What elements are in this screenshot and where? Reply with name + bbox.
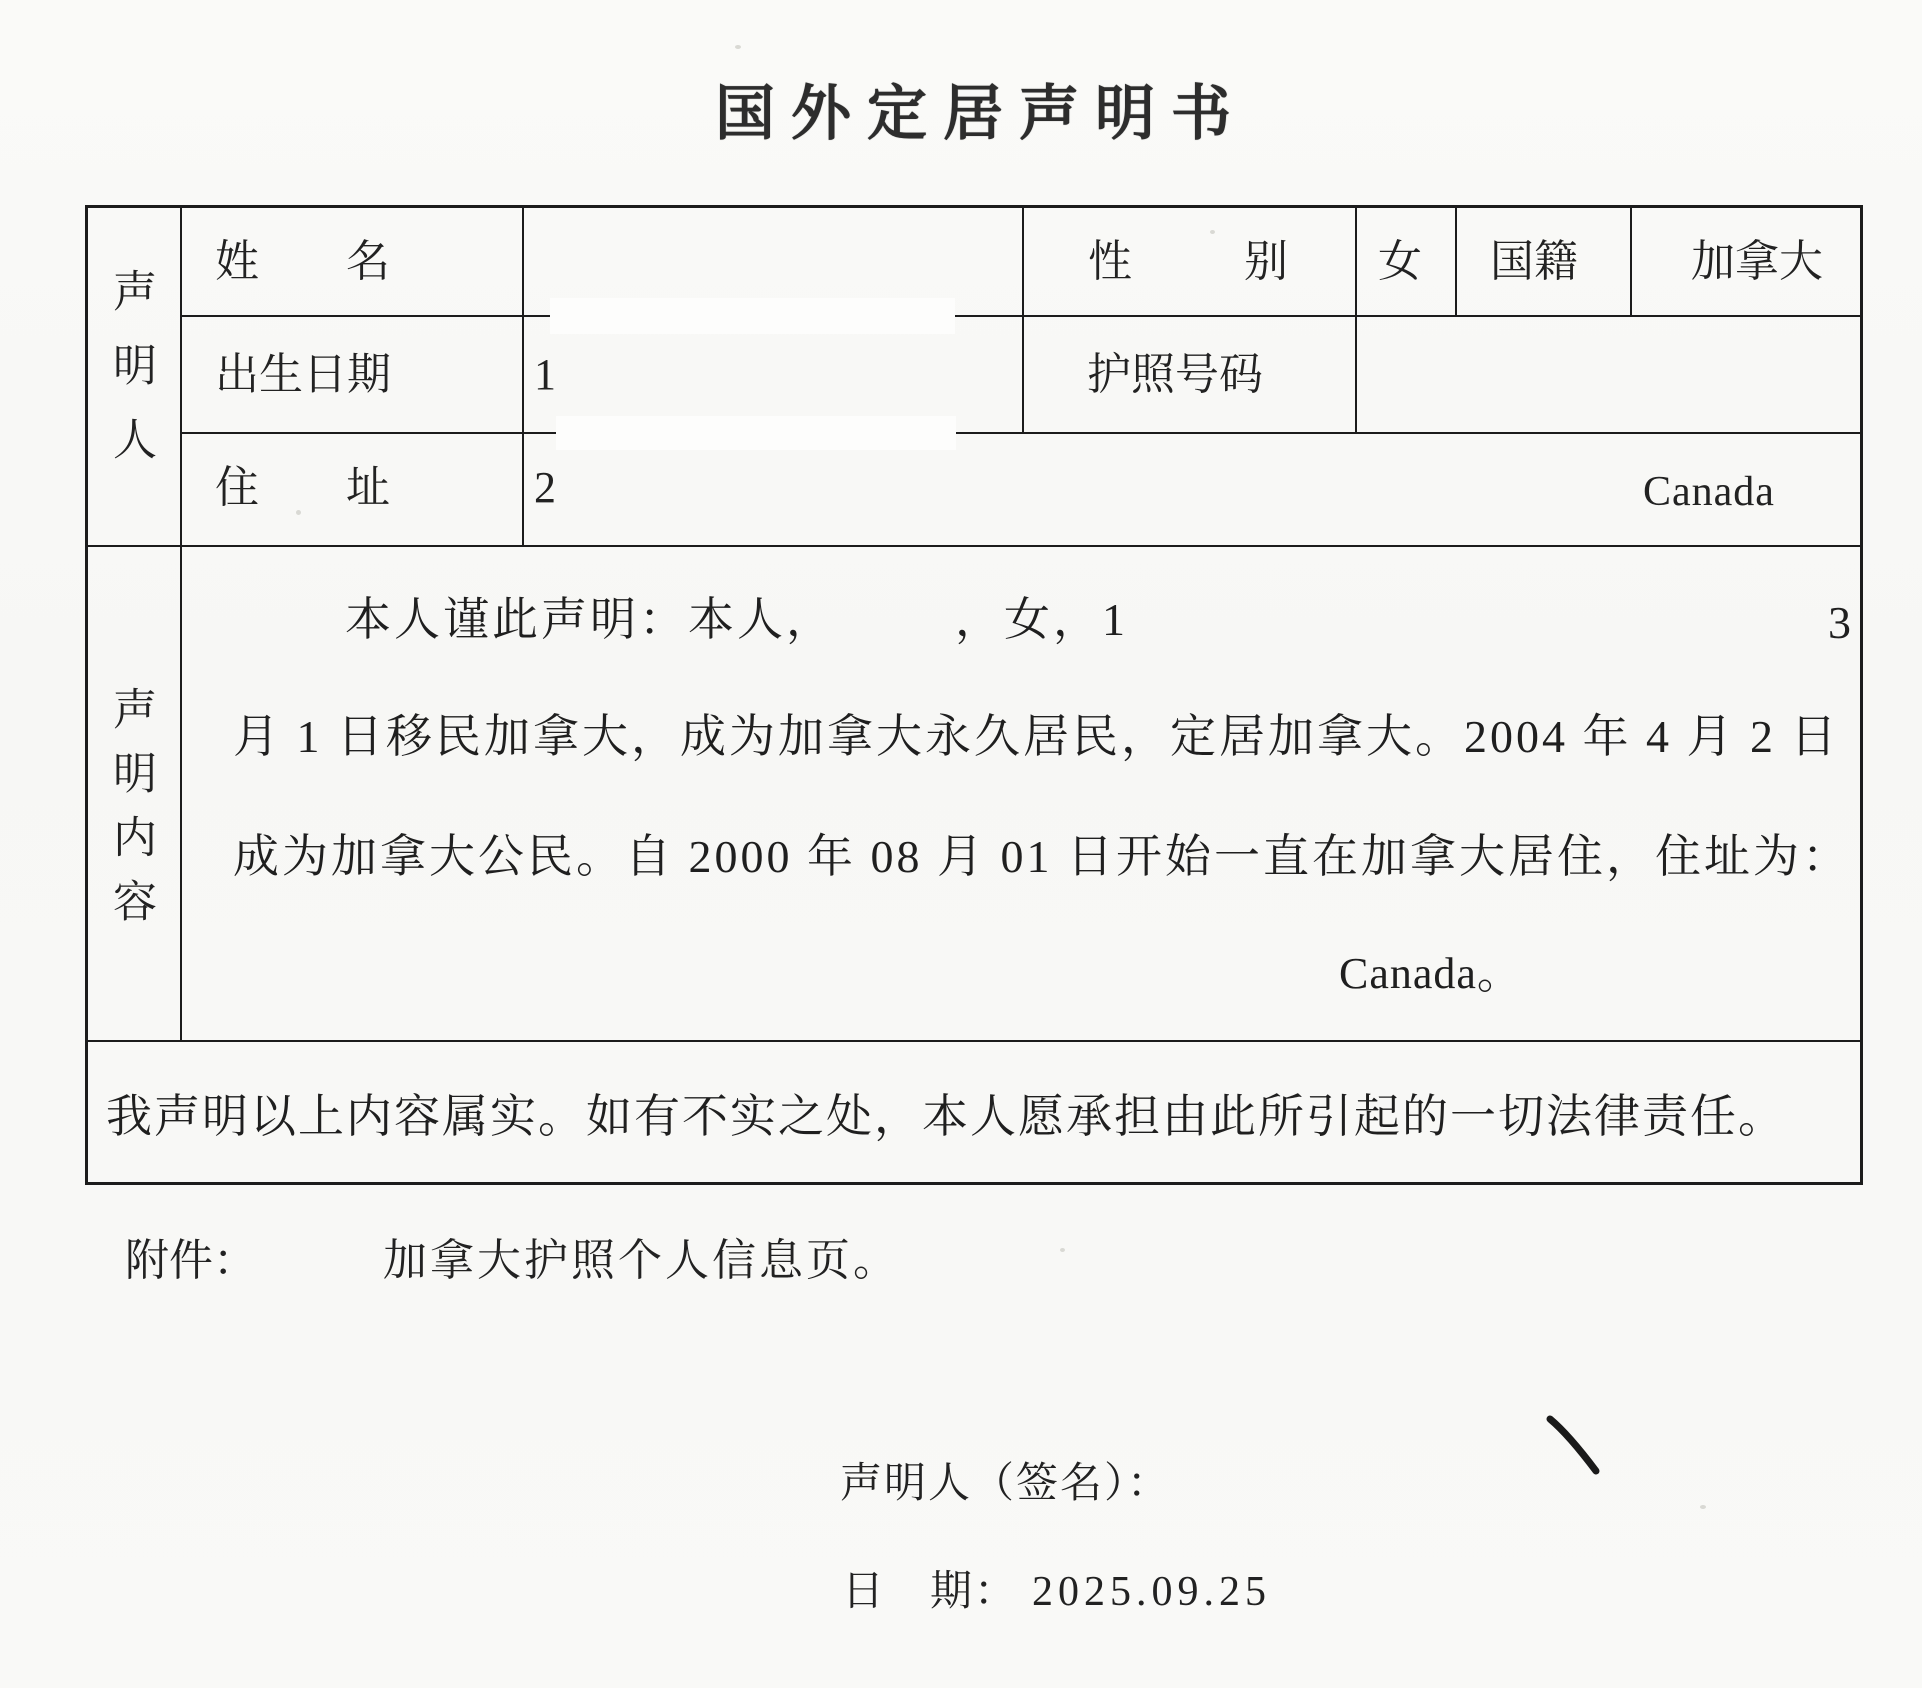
redaction-birth-value [556, 416, 956, 450]
scan-speck [1210, 230, 1215, 234]
address-label-text: 住址 [215, 463, 390, 514]
content-line1-part1: 本人谨此声明：本人， [345, 595, 835, 646]
scan-speck [1700, 1505, 1706, 1509]
signature-label: 声明人（签名）： [840, 1450, 1171, 1510]
attachment-value: 加拿大护照个人信息页。 [383, 1224, 900, 1288]
declarant-section-label: 声明人 [108, 268, 152, 490]
content-line3: 成为加拿大公民。自 2000 年 08 月 01 日开始一直在加拿大居住，住址为… [233, 832, 1851, 883]
scan-speck [735, 45, 741, 49]
birth-date-value: 1 [534, 350, 556, 401]
date-value: 2025.09.25 [1032, 1569, 1271, 1615]
scan-speck [296, 510, 301, 515]
declaration-form-table: 声明人 声明内容 姓名 性别 女 国籍 加拿大 出生日期 1 护照号码 住址 2… [85, 205, 1863, 1185]
address-label: 住址 [215, 463, 390, 514]
nationality-label: 国籍 [1490, 237, 1578, 288]
divider-row3-bottom [88, 545, 1860, 547]
gender-label-text: 性别 [1088, 237, 1288, 288]
divider-row2-bottom [180, 432, 1860, 434]
name-label: 姓名 [215, 237, 390, 288]
scanned-page-background: 国外定居声明书 声明人 声明内容 姓名 性别 女 国籍 加拿大 出生日期 1 护… [0, 0, 1922, 1688]
redaction-name-value [550, 298, 955, 334]
nationality-value: 加拿大 [1691, 237, 1823, 288]
content-line1-part2: ，女，1 [955, 595, 1128, 646]
divider-row1-bottom [180, 315, 1860, 317]
divider-declarant-column [180, 208, 182, 1040]
gender-label: 性别 [1088, 237, 1288, 288]
content-line1-part3: 3 [1828, 598, 1854, 649]
divider-nationality-label [1455, 208, 1457, 315]
address-value-start: 2 [534, 463, 556, 514]
divider-nationality-value [1630, 208, 1632, 315]
address-value-country: Canada [1643, 468, 1775, 516]
scan-speck [1060, 1248, 1065, 1252]
signature-stroke [1538, 1405, 1618, 1490]
content-line4: Canada。 [1339, 950, 1522, 998]
gender-value: 女 [1378, 237, 1422, 288]
name-label-text: 姓名 [215, 237, 390, 288]
passport-label: 护照号码 [1087, 350, 1263, 401]
date-label: 日 期： [842, 1569, 1018, 1615]
birth-date-label: 出生日期 [215, 350, 391, 401]
page-title: 国外定居声明书 [715, 66, 1247, 152]
divider-label-column [522, 208, 524, 545]
affirmation-text: 我声明以上内容属实。如有不实之处，本人愿承担由此所引起的一切法律责任。 [106, 1092, 1786, 1143]
divider-gender-value [1355, 208, 1357, 432]
divider-value-gender [1022, 208, 1024, 432]
content-line2: 月 1 日移民加拿大，成为加拿大永久居民，定居加拿大。2004 年 4 月 2 … [233, 712, 1840, 763]
date-line: 日 期：2025.09.25 [842, 1558, 1271, 1618]
divider-content-bottom [88, 1040, 1860, 1042]
attachment-label: 附件： [125, 1224, 257, 1288]
content-section-label: 声明内容 [108, 686, 152, 942]
